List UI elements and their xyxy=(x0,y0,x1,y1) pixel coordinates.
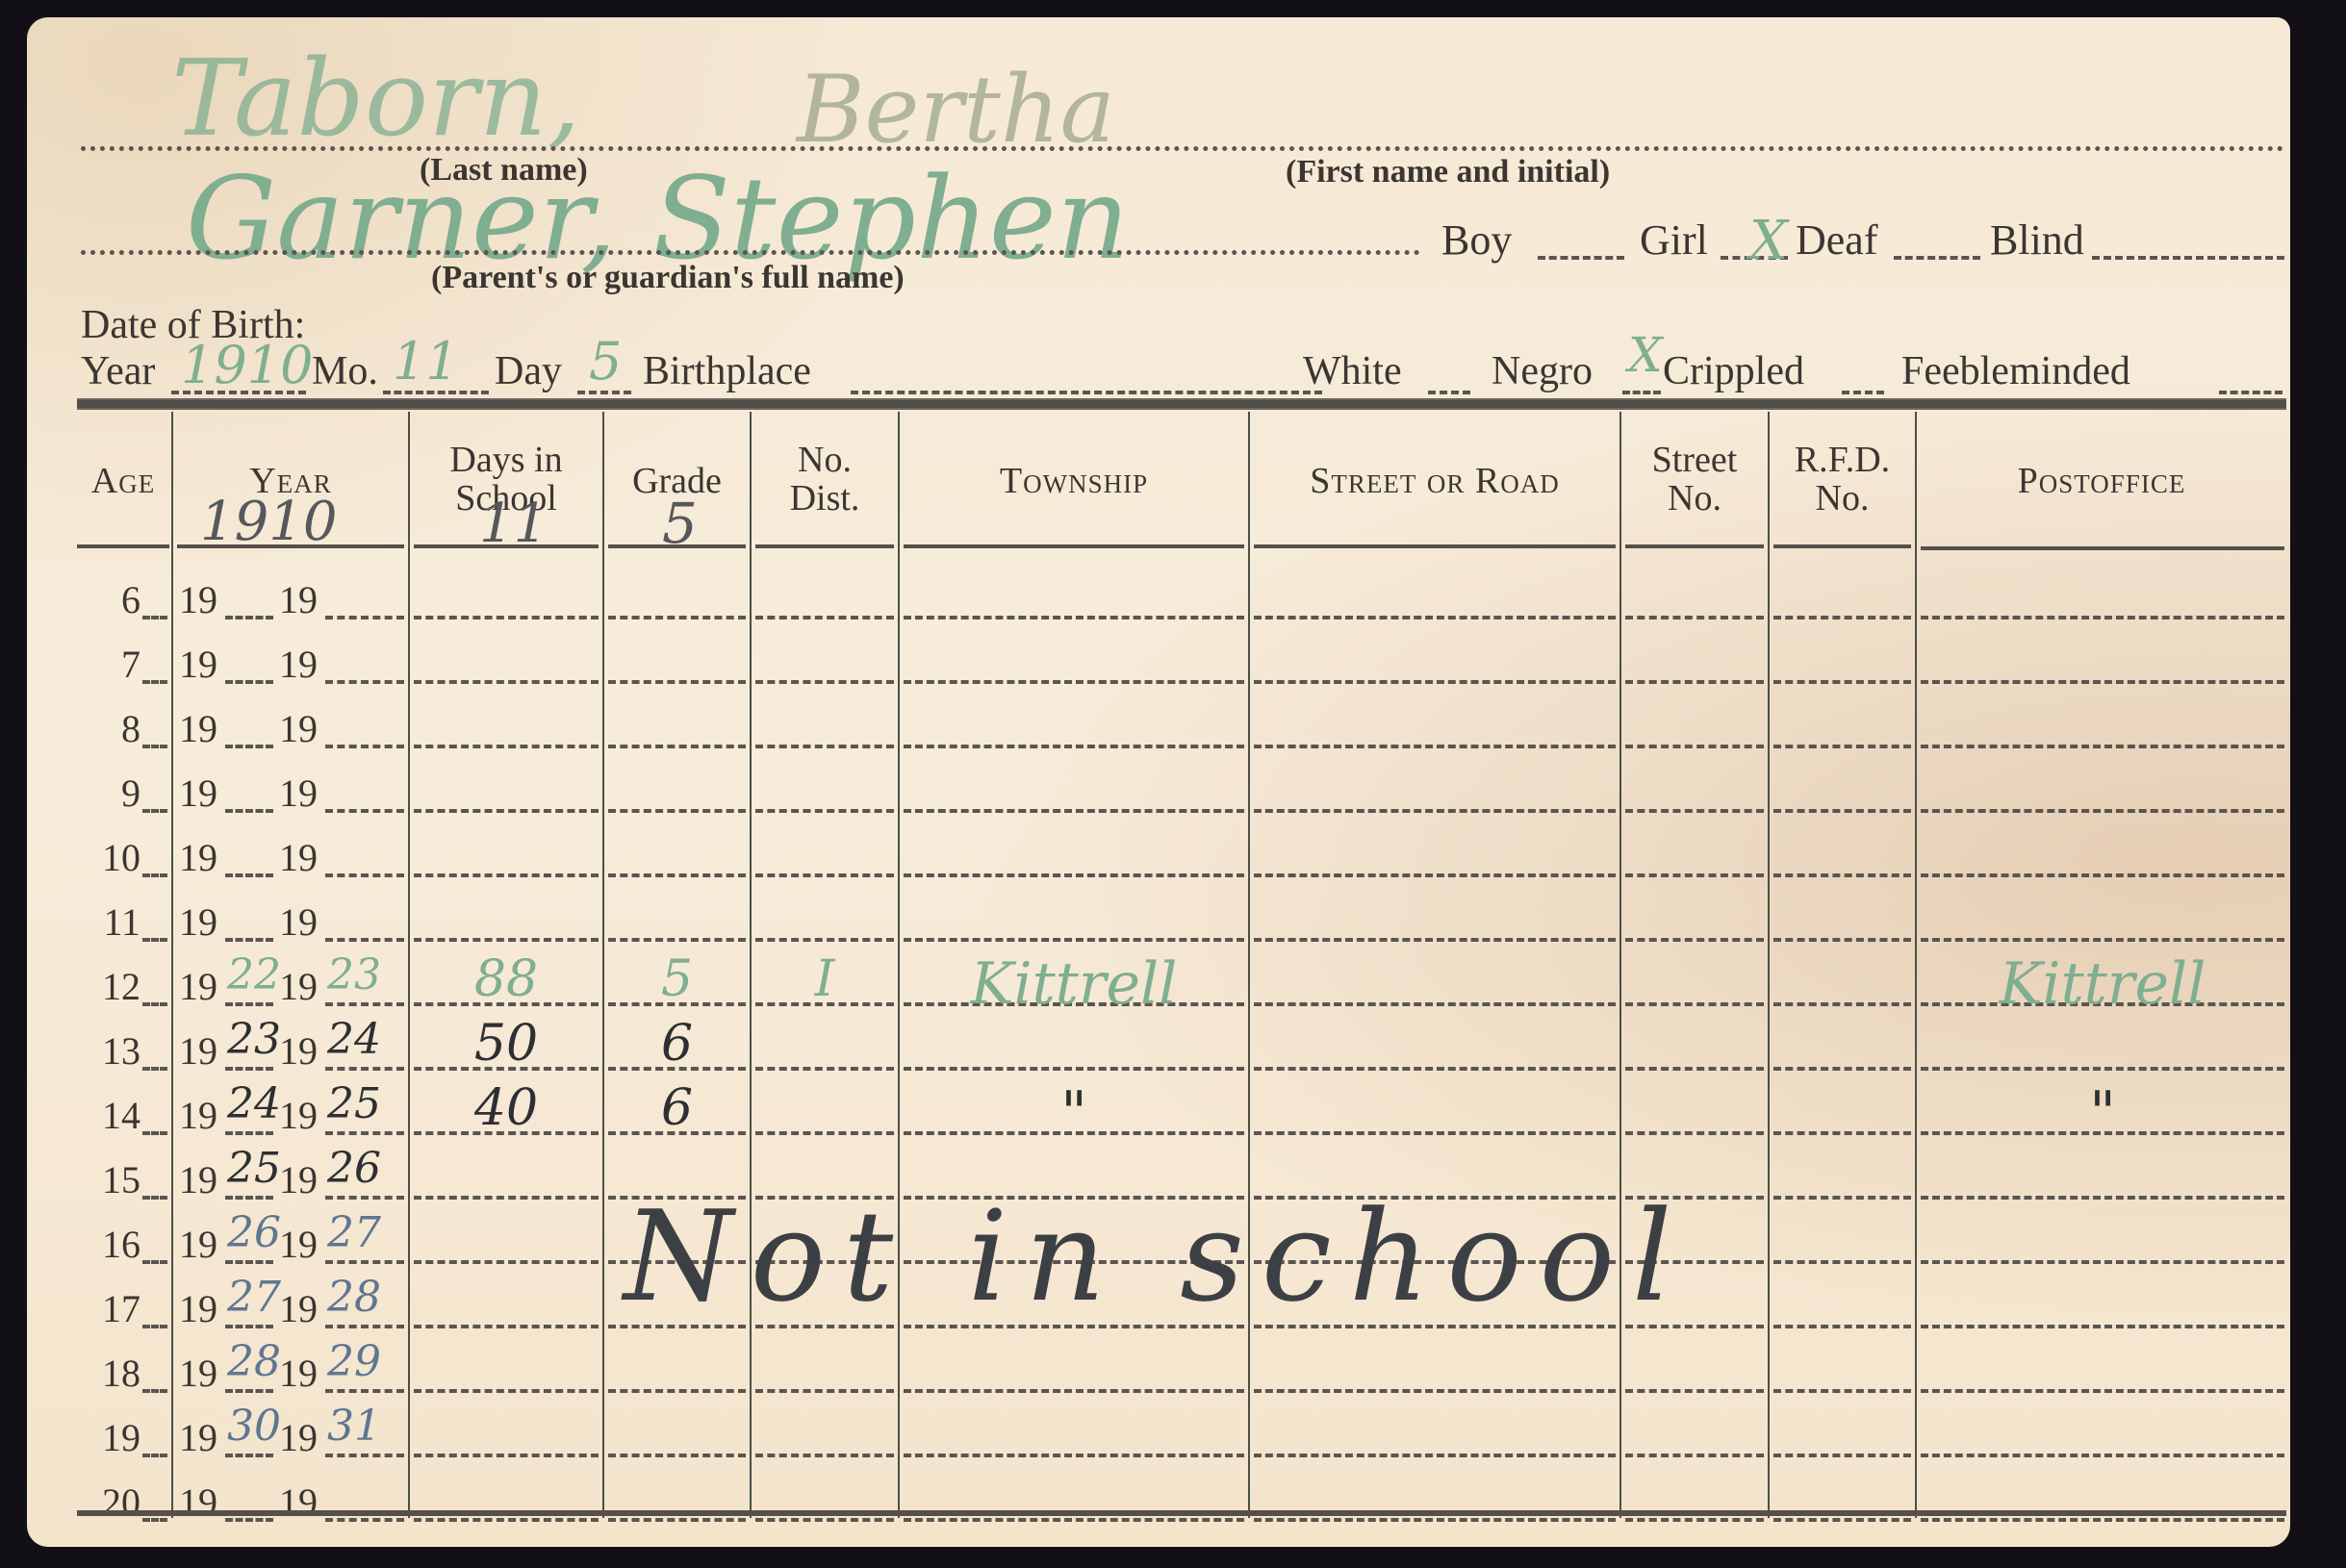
age-blank xyxy=(142,938,167,942)
row-age: 19 xyxy=(77,1415,140,1460)
age-blank xyxy=(142,1454,167,1457)
header-postoffice: Postoffice xyxy=(1917,462,2286,500)
year-to-blank xyxy=(325,1131,404,1135)
postoffice-blank xyxy=(1921,1389,2284,1393)
year-to-blank xyxy=(325,938,404,942)
row-year-prefix-to: 19 xyxy=(279,1222,318,1267)
age-blank xyxy=(142,1131,167,1135)
township-blank xyxy=(904,680,1244,684)
dist-blank xyxy=(755,809,894,813)
days-blank xyxy=(414,1518,599,1522)
age-blank xyxy=(142,809,167,813)
street_no-blank xyxy=(1625,1002,1764,1006)
street_no-blank xyxy=(1625,1389,1764,1393)
street_no-blank xyxy=(1625,938,1764,942)
row-township[interactable]: " xyxy=(904,1079,1244,1147)
row-year-from[interactable]: 30 xyxy=(227,1402,281,1451)
township-blank xyxy=(904,616,1244,620)
row-age: 17 xyxy=(77,1286,140,1331)
row-year-prefix-to: 19 xyxy=(279,1157,318,1202)
grade-blank xyxy=(608,938,746,942)
row-age: 18 xyxy=(77,1351,140,1396)
age-blank xyxy=(142,873,167,877)
header-street-no-line2: No. xyxy=(1621,479,1768,518)
rfd-blank xyxy=(1773,1067,1911,1071)
row-age: 7 xyxy=(77,642,140,687)
rfd-blank xyxy=(1773,745,1911,748)
township-blank xyxy=(904,1067,1244,1071)
row-days[interactable]: 50 xyxy=(414,1015,599,1073)
attendance-table: Age Year Days in School Grade No. Dist. … xyxy=(27,17,2290,1547)
rfd-blank xyxy=(1773,680,1911,684)
header-no-dist-line2: Dist. xyxy=(752,479,898,518)
year-from-blank xyxy=(225,1131,273,1135)
row-year-from[interactable]: 23 xyxy=(227,1015,281,1064)
row-age: 9 xyxy=(77,771,140,816)
township-blank xyxy=(904,1389,1244,1393)
year-from-blank xyxy=(225,745,273,748)
row-age: 11 xyxy=(77,899,140,945)
row-postoffice[interactable]: Kittrell xyxy=(1921,950,2284,1018)
year-from-blank xyxy=(225,1260,273,1264)
row-year-from[interactable]: 26 xyxy=(227,1208,281,1257)
street-blank xyxy=(1254,680,1616,684)
row-year-prefix-to: 19 xyxy=(279,964,318,1009)
street_no-blank xyxy=(1625,809,1764,813)
year-from-blank xyxy=(225,1389,273,1393)
days-blank xyxy=(414,680,599,684)
row-year-prefix-from: 19 xyxy=(179,1351,217,1396)
rfd-blank xyxy=(1773,1389,1911,1393)
year-to-blank xyxy=(325,1389,404,1393)
row-year-prefix-from: 19 xyxy=(179,835,217,880)
dist-blank xyxy=(755,1518,894,1522)
year-from-blank xyxy=(225,1067,273,1071)
row-year-prefix-from: 19 xyxy=(179,706,217,751)
row-year-to[interactable]: 25 xyxy=(327,1079,381,1128)
header-rfd-line2: No. xyxy=(1770,479,1915,518)
year-from-blank xyxy=(225,1518,273,1522)
row-postoffice[interactable]: " xyxy=(1921,1079,2284,1147)
row-year-prefix-from: 19 xyxy=(179,1479,217,1525)
rfd-blank xyxy=(1773,1131,1911,1135)
row-year-from[interactable]: 22 xyxy=(227,950,281,999)
rfd-blank xyxy=(1773,1260,1911,1264)
row-year-prefix-to: 19 xyxy=(279,706,318,751)
year-from-blank xyxy=(225,1454,273,1457)
rfd-blank xyxy=(1773,1454,1911,1457)
dist-blank xyxy=(755,938,894,942)
row-age: 16 xyxy=(77,1222,140,1267)
row-age: 8 xyxy=(77,706,140,751)
header-underline xyxy=(1625,544,1764,548)
township-blank xyxy=(904,1518,1244,1522)
street-blank xyxy=(1254,1002,1616,1006)
postoffice-blank xyxy=(1921,938,2284,942)
row-year-prefix-from: 19 xyxy=(179,577,217,622)
dist-blank xyxy=(755,873,894,877)
street-blank xyxy=(1254,1067,1616,1071)
rfd-blank xyxy=(1773,1196,1911,1200)
col-divider xyxy=(898,412,900,1518)
header-underline xyxy=(608,544,746,548)
row-age: 12 xyxy=(77,964,140,1009)
dist-blank xyxy=(755,1067,894,1071)
age-blank xyxy=(142,745,167,748)
header-rfd-no: R.F.D. No. xyxy=(1770,441,1915,518)
year-to-blank xyxy=(325,1454,404,1457)
grade-blank xyxy=(608,745,746,748)
age-blank xyxy=(142,1260,167,1264)
grade-blank xyxy=(608,1518,746,1522)
postoffice-blank xyxy=(1921,1260,2284,1264)
row-year-from[interactable]: 27 xyxy=(227,1273,281,1322)
header-age: Age xyxy=(77,462,169,500)
row-age: 10 xyxy=(77,835,140,880)
row-year-prefix-from: 19 xyxy=(179,899,217,945)
postoffice-blank xyxy=(1921,1067,2284,1071)
row-year-prefix-to: 19 xyxy=(279,1351,318,1396)
row-age: 20 xyxy=(77,1479,140,1525)
row-year-prefix-from: 19 xyxy=(179,1028,217,1074)
row-year-prefix-to: 19 xyxy=(279,1415,318,1460)
street-blank xyxy=(1254,745,1616,748)
row-year-prefix-to: 19 xyxy=(279,1028,318,1074)
col-divider xyxy=(602,412,604,1518)
rfd-blank xyxy=(1773,873,1911,877)
year-to-blank xyxy=(325,873,404,877)
dist-blank xyxy=(755,1389,894,1393)
row-year-prefix-from: 19 xyxy=(179,1415,217,1460)
street-blank xyxy=(1254,1389,1616,1393)
days-blank xyxy=(414,1389,599,1393)
row-grade[interactable]: 6 xyxy=(608,1079,746,1137)
row-dist[interactable]: I xyxy=(755,950,894,1008)
row-year-to[interactable]: 24 xyxy=(327,1015,381,1064)
row-year-from[interactable]: 24 xyxy=(227,1079,281,1128)
dist-blank xyxy=(755,680,894,684)
dist-blank xyxy=(755,745,894,748)
year-to-blank xyxy=(325,1260,404,1264)
age-blank xyxy=(142,1196,167,1200)
school-census-card: Taborn, Bertha (Last name) (First name a… xyxy=(27,17,2290,1547)
col-divider xyxy=(1248,412,1250,1518)
header-street-or-road: Street or Road xyxy=(1250,462,1619,500)
row-year-prefix-to: 19 xyxy=(279,577,318,622)
row-year-to[interactable]: 27 xyxy=(327,1208,381,1257)
township-blank xyxy=(904,809,1244,813)
dist-blank xyxy=(755,1454,894,1457)
rfd-blank xyxy=(1773,1002,1911,1006)
year-from-blank xyxy=(225,873,273,877)
year-to-blank xyxy=(325,1518,404,1522)
col-divider xyxy=(1619,412,1621,1518)
age-blank xyxy=(142,1325,167,1328)
township-blank xyxy=(904,873,1244,877)
year-from-blank xyxy=(225,1325,273,1328)
days-blank xyxy=(414,616,599,620)
row-year-from[interactable]: 28 xyxy=(227,1337,281,1386)
rfd-blank xyxy=(1773,938,1911,942)
header-underline xyxy=(1921,546,2284,550)
dist-blank xyxy=(755,1131,894,1135)
row-days[interactable]: 88 xyxy=(414,950,599,1008)
days-blank xyxy=(414,1260,599,1264)
row-year-to[interactable]: 31 xyxy=(327,1402,381,1451)
row-year-prefix-from: 19 xyxy=(179,1157,217,1202)
row-year-prefix-to: 19 xyxy=(279,1479,318,1525)
year-to-blank xyxy=(325,616,404,620)
year-to-blank xyxy=(325,680,404,684)
street_no-blank xyxy=(1625,616,1764,620)
age-blank xyxy=(142,1389,167,1393)
street-blank xyxy=(1254,1131,1616,1135)
year-from-blank xyxy=(225,680,273,684)
postoffice-blank xyxy=(1921,1196,2284,1200)
row-year-prefix-to: 19 xyxy=(279,771,318,816)
postoffice-blank xyxy=(1921,1454,2284,1457)
row-year-prefix-from: 19 xyxy=(179,1286,217,1331)
header-no-dist-line1: No. xyxy=(752,441,898,479)
not-in-school-annotation: Not in school xyxy=(624,1183,1690,1329)
row-year-to[interactable]: 26 xyxy=(327,1144,381,1193)
row-year-prefix-to: 19 xyxy=(279,642,318,687)
year-from-blank xyxy=(225,938,273,942)
grade-blank xyxy=(608,873,746,877)
days-blank xyxy=(414,1454,599,1457)
days-blank xyxy=(414,938,599,942)
postoffice-blank xyxy=(1921,680,2284,684)
street_no-blank xyxy=(1625,745,1764,748)
row-year-to[interactable]: 29 xyxy=(327,1337,381,1386)
rfd-blank xyxy=(1773,616,1911,620)
street_no-blank xyxy=(1625,680,1764,684)
age-blank xyxy=(142,1002,167,1006)
row-year-prefix-from: 19 xyxy=(179,1222,217,1267)
header-days-line1: Days in xyxy=(410,441,602,479)
street-blank xyxy=(1254,1518,1616,1522)
row-year-prefix-to: 19 xyxy=(279,1093,318,1138)
street_no-blank xyxy=(1625,873,1764,877)
header-underline xyxy=(414,544,599,548)
township-blank xyxy=(904,745,1244,748)
header-township: Township xyxy=(900,462,1248,500)
row-age: 14 xyxy=(77,1093,140,1138)
row-year-prefix-from: 19 xyxy=(179,1093,217,1138)
row-year-prefix-from: 19 xyxy=(179,642,217,687)
col-divider xyxy=(171,412,173,1518)
header-underline xyxy=(755,544,894,548)
grade-blank xyxy=(608,1454,746,1457)
row-grade[interactable]: 5 xyxy=(608,950,746,1008)
year-from-blank xyxy=(225,809,273,813)
postoffice-blank xyxy=(1921,616,2284,620)
col-divider xyxy=(750,412,752,1518)
header-underline xyxy=(177,544,404,548)
year-to-blank xyxy=(325,1196,404,1200)
grade-blank xyxy=(608,616,746,620)
row-year-prefix-from: 19 xyxy=(179,964,217,1009)
row-year-prefix-to: 19 xyxy=(279,899,318,945)
days-blank xyxy=(414,1325,599,1328)
row-year-to[interactable]: 23 xyxy=(327,950,381,999)
year-to-blank xyxy=(325,1325,404,1328)
bottom-rule xyxy=(77,1510,2286,1516)
dist-blank xyxy=(755,616,894,620)
grade-blank xyxy=(608,680,746,684)
street-blank xyxy=(1254,938,1616,942)
grade-blank xyxy=(608,1389,746,1393)
header-underline xyxy=(1773,544,1911,548)
year-from-blank xyxy=(225,1196,273,1200)
age-blank xyxy=(142,1067,167,1071)
year-from-blank xyxy=(225,616,273,620)
street_no-blank xyxy=(1625,1131,1764,1135)
col-divider xyxy=(408,412,410,1518)
age-blank xyxy=(142,616,167,620)
row-grade[interactable]: 6 xyxy=(608,1015,746,1073)
header-no-dist: No. Dist. xyxy=(752,441,898,518)
days-blank xyxy=(414,1196,599,1200)
header-underline xyxy=(1254,544,1616,548)
row-year-prefix-from: 19 xyxy=(179,771,217,816)
days-blank xyxy=(414,809,599,813)
header-rfd-line1: R.F.D. xyxy=(1770,441,1915,479)
header-street-no-line1: Street xyxy=(1621,441,1768,479)
row-year-from[interactable]: 25 xyxy=(227,1144,281,1193)
row-age: 13 xyxy=(77,1028,140,1074)
header-underline xyxy=(77,544,169,548)
year-to-blank xyxy=(325,745,404,748)
row-year-prefix-to: 19 xyxy=(279,835,318,880)
grade-blank xyxy=(608,809,746,813)
row-age: 15 xyxy=(77,1157,140,1202)
postoffice-blank xyxy=(1921,1325,2284,1328)
rfd-blank xyxy=(1773,809,1911,813)
township-blank xyxy=(904,1454,1244,1457)
year-to-blank xyxy=(325,1002,404,1006)
rfd-blank xyxy=(1773,1518,1911,1522)
row-township[interactable]: Kittrell xyxy=(904,950,1244,1018)
street_no-blank xyxy=(1625,1067,1764,1071)
street-blank xyxy=(1254,1454,1616,1457)
age-blank xyxy=(142,1518,167,1522)
header-underline xyxy=(904,544,1244,548)
street_no-blank xyxy=(1625,1518,1764,1522)
postoffice-blank xyxy=(1921,809,2284,813)
row-year-prefix-to: 19 xyxy=(279,1286,318,1331)
rfd-blank xyxy=(1773,1325,1911,1328)
age-blank xyxy=(142,680,167,684)
days-blank xyxy=(414,745,599,748)
col-divider xyxy=(1768,412,1770,1518)
row-year-to[interactable]: 28 xyxy=(327,1273,381,1322)
postoffice-blank xyxy=(1921,745,2284,748)
street-blank xyxy=(1254,809,1616,813)
col-divider xyxy=(1915,412,1917,1518)
header-street-no: Street No. xyxy=(1621,441,1768,518)
days-blank xyxy=(414,873,599,877)
street_no-blank xyxy=(1625,1454,1764,1457)
year-to-blank xyxy=(325,1067,404,1071)
year-from-blank xyxy=(225,1002,273,1006)
street-blank xyxy=(1254,616,1616,620)
row-days[interactable]: 40 xyxy=(414,1079,599,1137)
postoffice-blank xyxy=(1921,1518,2284,1522)
street-blank xyxy=(1254,873,1616,877)
row-age: 6 xyxy=(77,577,140,622)
township-blank xyxy=(904,938,1244,942)
postoffice-blank xyxy=(1921,873,2284,877)
year-to-blank xyxy=(325,809,404,813)
